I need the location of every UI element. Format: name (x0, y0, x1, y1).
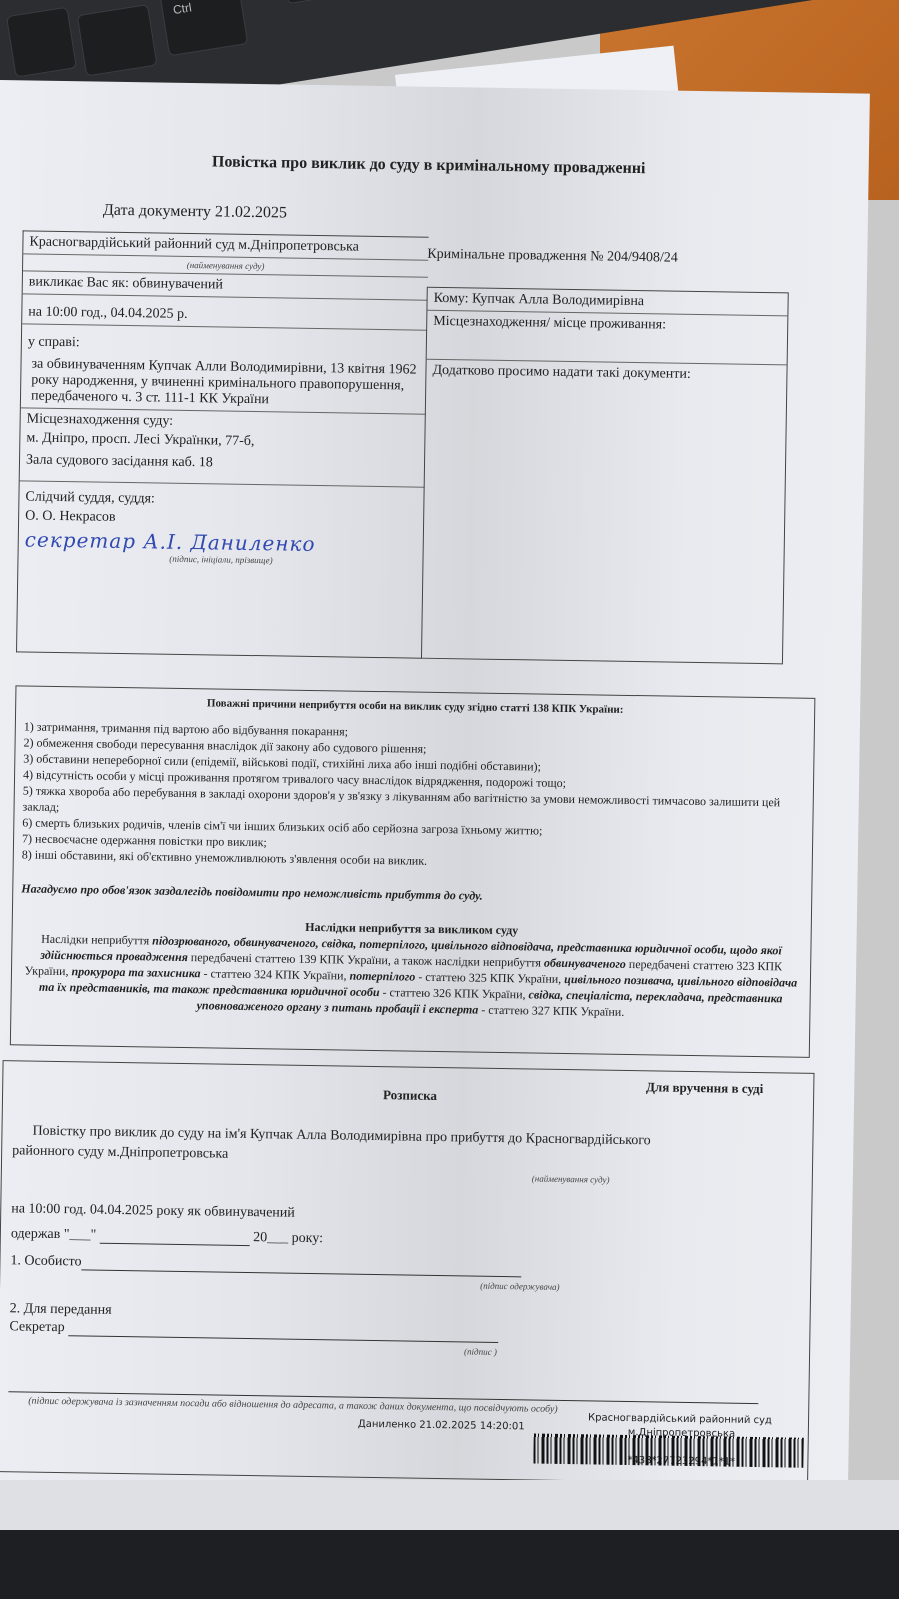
secretary-signature-field[interactable]: Секретар (9, 1319, 498, 1343)
barcode-icon (533, 1434, 803, 1468)
menu-key-icon (77, 4, 158, 76)
emphasized-text: обвинуваченого (544, 956, 626, 971)
emphasized-text: потерпілого (349, 969, 415, 984)
secretary-label: Секретар (9, 1319, 64, 1335)
received-date-field[interactable]: одержав "___" 20___ року: (11, 1226, 323, 1247)
recipient-location: Місцезнаходження/ місце проживання: (427, 311, 788, 366)
reminder-text: Нагадуємо про обов'язок заздалегідь пові… (21, 880, 803, 908)
received-year: 20___ року: (253, 1230, 323, 1246)
summons-details-block: Красногвардійський районний суд м.Дніпро… (16, 230, 429, 658)
required-documents: Додатково просимо надати такі документи: (426, 360, 786, 388)
stamp-court: Красногвардійський районний суд (588, 1412, 772, 1426)
summons-document: Повістка про виклик до суду в кримінальн… (0, 80, 870, 1533)
ctrl-key: Ctrl (159, 0, 248, 56)
valid-reasons-section: Поважні причини неприбуття особи на викл… (10, 685, 816, 1058)
signature-line[interactable] (68, 1321, 498, 1343)
consequences-text: Наслідки неприбуття підозрюваного, обвин… (19, 930, 802, 1022)
received-month-field[interactable] (100, 1229, 250, 1246)
text-fragment: Наслідки неприбуття (41, 932, 152, 948)
paper-torn-edge (0, 1480, 899, 1530)
keyboard-key (279, 0, 348, 4)
for-court-label: Для вручення в суді (646, 1079, 763, 1097)
recipient-signature-caption: (підпис одержувача) (480, 1281, 560, 1292)
court-caption: (найменування суду) (532, 1173, 610, 1184)
reasons-title: Поважні причини неприбуття особи на викл… (24, 694, 806, 718)
signature-caption: (підпис ) (464, 1346, 497, 1357)
receipt-line-3: на 10:00 год. 04.04.2025 року як обвинув… (11, 1201, 295, 1221)
personally-label: 1. Особисто (10, 1253, 81, 1269)
text-fragment: - статтею 325 КПК України, (415, 970, 564, 986)
text-fragment: - статтею 324 КПК України, (200, 966, 349, 982)
receipt-title: Розписка (383, 1087, 437, 1104)
receipt-line-2: районного суду м.Дніпропетровська (12, 1143, 228, 1162)
personal-signature-field[interactable]: 1. Особисто (10, 1253, 521, 1277)
table-edge (0, 1480, 899, 1599)
text-fragment: - статтею 326 КПК України, (380, 985, 529, 1001)
recipient-block: Кому: Купчак Алла Володимирівна Місцезна… (421, 287, 789, 665)
for-transfer-label: 2. Для передання (10, 1301, 112, 1319)
emphasized-text: прокурора та захисника (71, 964, 200, 980)
received-label: одержав "___" (11, 1226, 97, 1242)
text-fragment: - статтею 327 КПК України. (478, 1003, 624, 1019)
signature-line[interactable] (81, 1255, 521, 1277)
case-number: Кримінальне провадження № 204/9408/24 (427, 247, 678, 267)
document-date: Дата документу 21.02.2025 (103, 202, 287, 223)
case-text: за обвинуваченням Купчак Алли Володимирі… (21, 353, 427, 414)
receipt-section: Для вручення в суді Розписка Повістку пр… (0, 1060, 815, 1485)
document-title: Повістка про виклик до суду в кримінальн… (9, 150, 849, 181)
windows-key-icon (6, 7, 77, 78)
stamp-user-timestamp: Даниленко 21.02.2025 14:20:01 (358, 1419, 525, 1433)
